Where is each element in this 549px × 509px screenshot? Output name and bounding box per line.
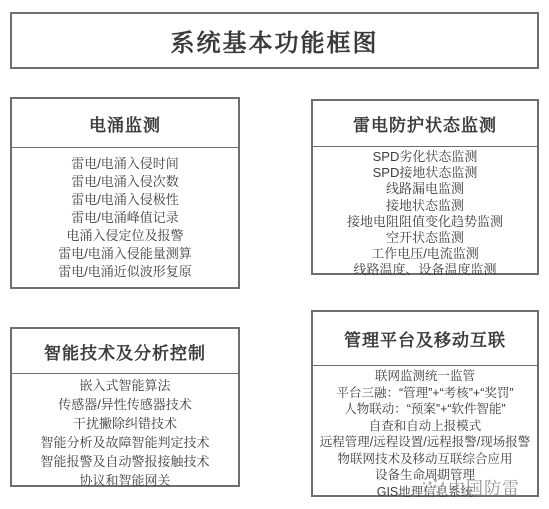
feature-item: 接地电阻阻值变化趋势监测 bbox=[347, 214, 503, 230]
watermark-text: 中国防雷 bbox=[448, 474, 520, 499]
feature-item: 平台三融：“管理”+“考核”+“奖罚” bbox=[336, 385, 513, 402]
box-management-platform: 管理平台及移动互联 联网监测统一监管平台三融：“管理”+“考核”+“奖罚”人物联… bbox=[311, 310, 539, 497]
feature-item: 线路漏电监测 bbox=[386, 181, 464, 197]
feature-item: 工作电压/电流监测 bbox=[371, 246, 479, 262]
box-surge-monitoring-header: 电涌监测 bbox=[12, 99, 238, 148]
feature-item: 干扰撇除纠错技术 bbox=[73, 414, 177, 433]
box-lightning-protection-status: 雷电防护状态监测 SPD劣化状态监测SPD接地状态监测线路漏电监测接地状态监测接… bbox=[311, 99, 539, 275]
box-surge-monitoring-items: 雷电/电涌入侵时间雷电/电涌入侵次数雷电/电涌入侵极性雷电/电涌峰值记录电涌入侵… bbox=[12, 148, 238, 287]
box-lightning-protection-status-header: 雷电防护状态监测 bbox=[313, 101, 537, 147]
feature-item: 雷电/电涌入侵极性 bbox=[71, 191, 179, 209]
feature-item: 雷电/电涌入侵时间 bbox=[71, 155, 179, 173]
feature-item: 传感器/异性传感器技术 bbox=[58, 395, 192, 414]
feature-item: 智能报警及自动警报接触技术 bbox=[40, 452, 209, 471]
feature-item: 接地状态监测 bbox=[386, 198, 464, 214]
watermark: 中国防雷 bbox=[422, 472, 520, 500]
box-intelligent-technology: 智能技术及分析控制 嵌入式智能算法传感器/异性传感器技术干扰撇除纠错技术智能分析… bbox=[10, 327, 240, 487]
diagram-title: 系统基本功能框图 bbox=[171, 23, 379, 58]
diagram-title-box: 系统基本功能框图 bbox=[10, 12, 539, 69]
feature-item: SPD接地状态监测 bbox=[373, 165, 478, 181]
feature-item: 自查和自动上报模式 bbox=[369, 418, 482, 435]
box-lightning-protection-status-items: SPD劣化状态监测SPD接地状态监测线路漏电监测接地状态监测接地电阻阻值变化趋势… bbox=[313, 147, 537, 281]
box-management-platform-header: 管理平台及移动互联 bbox=[313, 312, 537, 366]
feature-item: 协议和智能网关 bbox=[79, 471, 170, 490]
feature-item: SPD劣化状态监测 bbox=[373, 149, 478, 165]
feature-item: 智能分析及故障智能判定技术 bbox=[40, 433, 209, 452]
feature-item: 空开状态监测 bbox=[386, 230, 464, 246]
feature-item: 雷电/电涌入侵次数 bbox=[71, 173, 179, 191]
feature-item: 雷电/电涌入侵能量测算 bbox=[58, 245, 192, 263]
feature-item: 远程管理/远程设置/远程报警/现场报警 bbox=[320, 434, 530, 451]
box-intelligent-technology-header: 智能技术及分析控制 bbox=[12, 329, 238, 374]
feature-item: 人物联动：“预案”+“软件智能” bbox=[344, 401, 505, 418]
box-surge-monitoring: 电涌监测 雷电/电涌入侵时间雷电/电涌入侵次数雷电/电涌入侵极性雷电/电涌峰值记… bbox=[10, 97, 240, 289]
block-diagram-page: 系统基本功能框图 电涌监测 雷电/电涌入侵时间雷电/电涌入侵次数雷电/电涌入侵极… bbox=[0, 0, 549, 509]
feature-item: 联网监测统一监管 bbox=[375, 368, 475, 385]
feature-item: 物联网技术及移动互联综合应用 bbox=[337, 451, 512, 468]
feature-item: 嵌入式智能算法 bbox=[79, 376, 170, 395]
feature-item: 线路温度、设备温度监测 bbox=[353, 262, 496, 278]
box-intelligent-technology-items: 嵌入式智能算法传感器/异性传感器技术干扰撇除纠错技术智能分析及故障智能判定技术智… bbox=[12, 374, 238, 492]
feature-item: 雷电/电涌峰值记录 bbox=[71, 209, 179, 227]
feature-item: 雷电/电涌近似波形复原 bbox=[58, 263, 192, 281]
feature-item: 电涌入侵定位及报警 bbox=[66, 227, 183, 245]
china-lightning-protection-logo-icon bbox=[422, 472, 445, 500]
